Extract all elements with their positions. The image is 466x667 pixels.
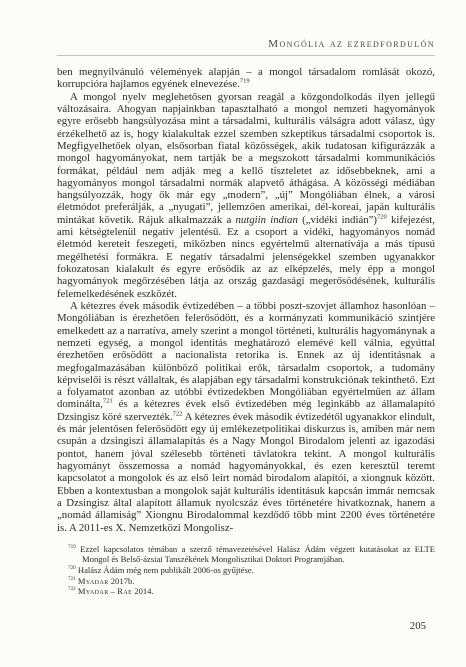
footnote-number: 722 [68,586,76,592]
body-text: ben megnyilvánuló vélemények alapján – a… [57,66,435,534]
footnote: 719 Ezzel kapcsolatos témában a szerző t… [57,544,435,565]
paragraph: A mongol nyelv meglehetősen gyorsan reag… [57,91,435,300]
running-header-title: Mongólia az ezredfordulón [268,38,435,50]
footnote: 721 Myadar 2017b. [57,576,435,587]
footnote: 722 Myadar – Rae 2014. [57,586,435,597]
text-block: Mongólia az ezredfordulón ben megnyilván… [57,0,435,597]
footnote-number: 720 [68,565,76,571]
book-page: Mongólia az ezredfordulón ben megnyilván… [0,0,466,667]
footnotes-block: 719 Ezzel kapcsolatos témában a szerző t… [57,544,435,597]
running-header: Mongólia az ezredfordulón [57,38,435,50]
footnote-number: 719 [68,544,76,550]
page-number: 205 [410,620,426,632]
header-rule [57,55,435,56]
footnote: 720 Halász Ádám még nem publikált 2006-o… [57,565,435,576]
paragraph: ben megnyilvánuló vélemények alapján – a… [57,66,435,91]
footnote-number: 721 [68,576,76,582]
paragraph: A kétezres évek második évtizedében – a … [57,300,435,534]
